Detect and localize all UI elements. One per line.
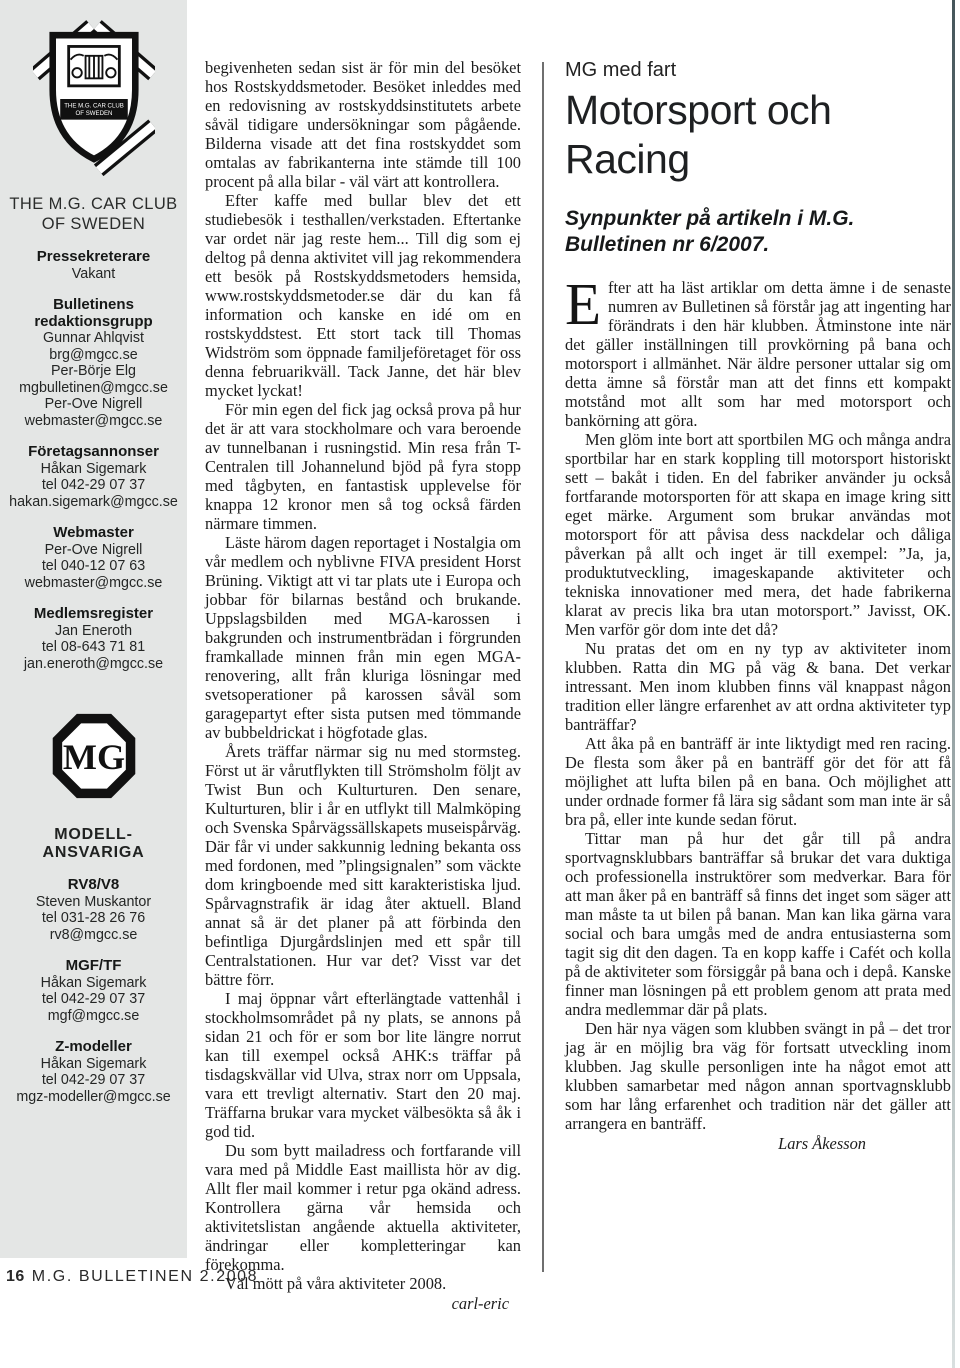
club-name: THE M.G. CAR CLUB OF SWEDEN: [0, 194, 187, 234]
section-title: Pressekreterare: [0, 249, 187, 266]
editor-letter-column: begivenheten sedan sist är för min del b…: [205, 58, 521, 1313]
page-edge-shadow: [952, 0, 955, 1368]
motorsport-article-column: MG med fart Motorsport och Racing Synpun…: [565, 58, 951, 1153]
paragraph: Efter kaffe med bullar blev det ett stud…: [205, 191, 521, 400]
paragraph: Att åka på en banträff är inte liktydigt…: [565, 734, 951, 829]
section-lines: Håkan Sigemark tel 042-29 07 37 mgf@mgcc…: [0, 975, 187, 1025]
contact-section-redaktionsgrupp: Bulletinens redaktionsgrupp Gunnar Ahlqv…: [0, 297, 187, 429]
paragraph: Väl mött på våra aktiviteter 2008.: [205, 1274, 521, 1293]
article-subtitle: Synpunkter på artikeln i M.G. Bulletinen…: [565, 206, 951, 258]
crest-banner-text-1: THE M.G. CAR CLUB: [64, 102, 124, 109]
modell-section-rv8: RV8/V8 Steven Muskantor tel 031-28 26 76…: [0, 877, 187, 943]
paragraph-text: fter att ha läst artiklar om detta ämne …: [565, 278, 951, 430]
contact-section-foretagsannonser: Företagsannonser Håkan Sigemark tel 042-…: [0, 444, 187, 510]
section-lines: Jan Eneroth tel 08-643 71 81 jan.eneroth…: [0, 623, 187, 673]
article-body: Efter att ha läst artiklar om detta ämne…: [565, 278, 951, 1153]
section-title: Medlemsregister: [0, 606, 187, 623]
page-number: 16: [6, 1268, 25, 1285]
paragraph: Läste härom dagen reportaget i Nostalgia…: [205, 533, 521, 742]
section-title: Företagsannonser: [0, 444, 187, 461]
paragraph: begivenheten sedan sist är för min del b…: [205, 58, 521, 191]
article-kicker: MG med fart: [565, 58, 951, 82]
section-title: Z-modeller: [0, 1039, 187, 1056]
club-info-sidebar: THE M.G. CAR CLUB OF SWEDEN THE M.G. CAR…: [0, 0, 187, 1258]
paragraph: Du som bytt mailadress och fortfarande v…: [205, 1141, 521, 1274]
signature-carl-eric: carl-eric: [205, 1294, 521, 1313]
section-lines: Håkan Sigemark tel 042-29 07 37 hakan.si…: [0, 461, 187, 511]
column-divider: [542, 62, 544, 1272]
section-lines: Steven Muskantor tel 031-28 26 76 rv8@mg…: [0, 894, 187, 944]
section-lines: Gunnar Ahlqvist brg@mgcc.se Per-Börje El…: [0, 330, 187, 429]
modell-section-mgf: MGF/TF Håkan Sigemark tel 042-29 07 37 m…: [0, 958, 187, 1024]
section-title: Webmaster: [0, 525, 187, 542]
dropcap-letter: E: [565, 278, 608, 328]
signature-lars-akesson: Lars Åkesson: [565, 1134, 951, 1153]
club-crest-icon: THE M.G. CAR CLUB OF SWEDEN: [33, 20, 155, 178]
paragraph: Årets träffar närmar sig nu med stormste…: [205, 742, 521, 989]
mg-logo-letters: MG: [62, 737, 124, 777]
section-lines: Per-Ove Nigrell tel 040-12 07 63 webmast…: [0, 542, 187, 592]
section-title: MGF/TF: [0, 958, 187, 975]
paragraph: Den här nya vägen som klubben svängt in …: [565, 1019, 951, 1133]
paragraph: För min egen del fick jag också prova på…: [205, 400, 521, 533]
section-title: Bulletinens redaktionsgrupp: [0, 297, 187, 330]
modell-section-z: Z-modeller Håkan Sigemark tel 042-29 07 …: [0, 1039, 187, 1105]
section-lines: Vakant: [0, 266, 187, 283]
section-lines: Håkan Sigemark tel 042-29 07 37 mgz-mode…: [0, 1056, 187, 1106]
crest-banner-text-2: OF SWEDEN: [75, 110, 112, 117]
contact-section-medlemsregister: Medlemsregister Jan Eneroth tel 08-643 7…: [0, 606, 187, 672]
contact-section-pressekreterare: Pressekreterare Vakant: [0, 249, 187, 282]
paragraph: Tittar man på hur det går till på andra …: [565, 829, 951, 1019]
article-title: Motorsport och Racing: [565, 86, 951, 184]
paragraph: Efter att ha läst artiklar om detta ämne…: [565, 278, 951, 430]
section-title: RV8/V8: [0, 877, 187, 894]
mg-octagon-logo-icon: MG: [51, 712, 137, 800]
paragraph: Men glöm inte bort att sportbilen MG och…: [565, 430, 951, 639]
contact-section-webmaster: Webmaster Per-Ove Nigrell tel 040-12 07 …: [0, 525, 187, 591]
magazine-page: { "theme": { "sidebar_bg": "#e4e6e5", "t…: [0, 0, 960, 1368]
paragraph: Nu pratas det om en ny typ av aktivitete…: [565, 639, 951, 734]
paragraph: I maj öppnar vårt efterlängtade vattenhå…: [205, 989, 521, 1141]
modell-ansvariga-title: MODELL- ANSVARIGA: [0, 826, 187, 862]
